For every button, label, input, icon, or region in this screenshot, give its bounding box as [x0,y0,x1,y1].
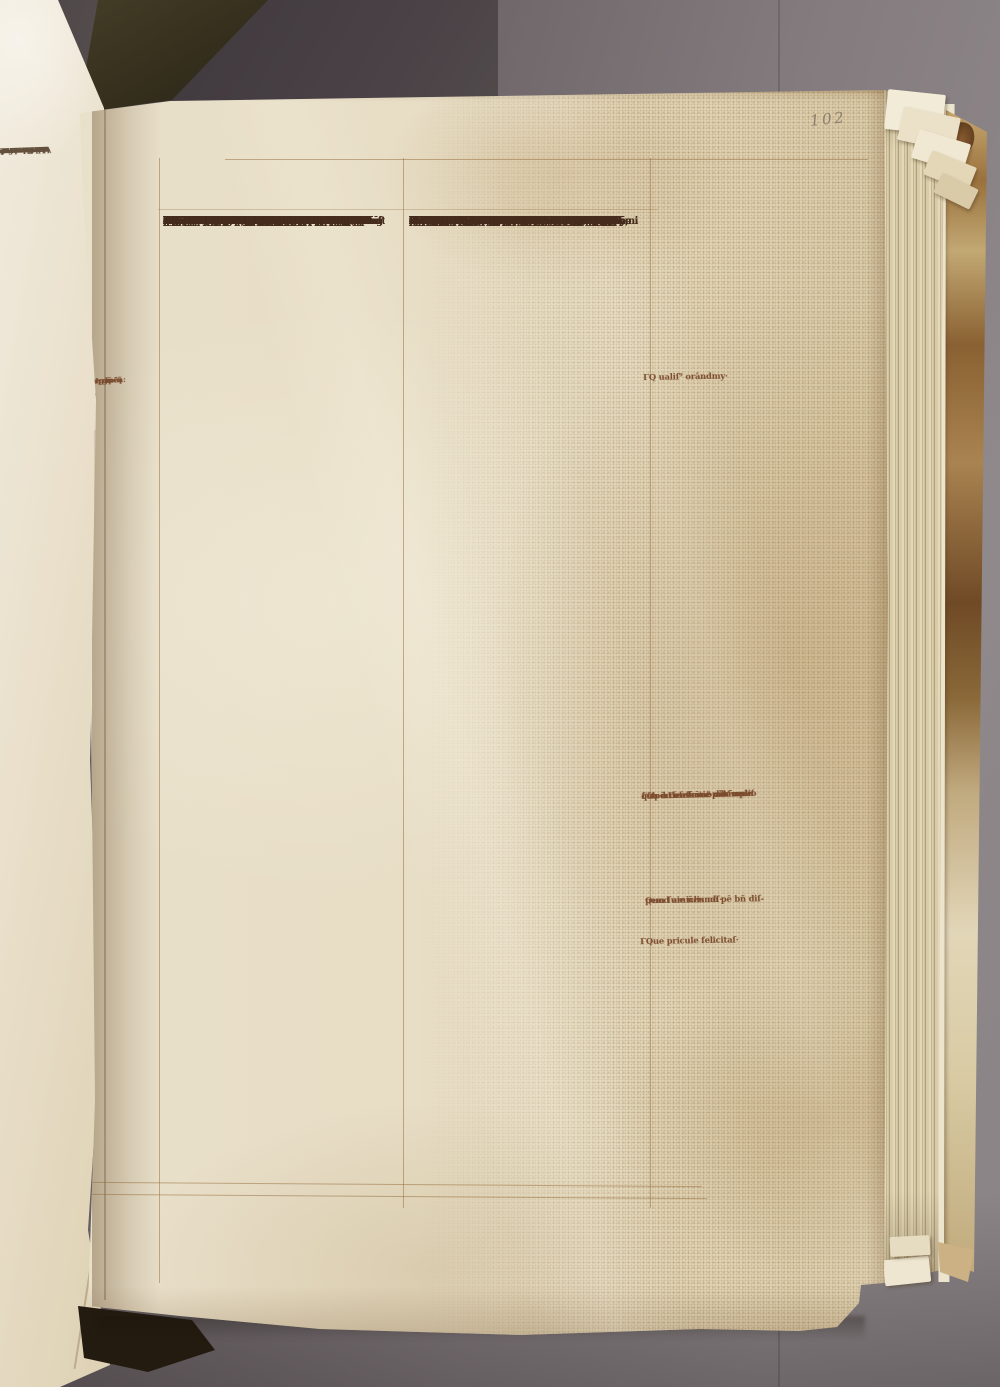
text-line: ſcōm uirtē bona felicī [0,146,53,157]
manuscript-page: nō eſt notū hic ait. qm̄ cā hui⁹: pmīcēſ… [0,0,1000,1387]
text-line: ΓQ ualiſ⁹ orāndmy· [643,370,728,383]
ruling-line [403,158,404,1208]
text-line: pem ſuie ñeundſ· [645,892,722,907]
page-corner [883,1256,931,1287]
ruling-line [159,158,160,1283]
text-line: us aūt 7 iniquis. ū bona. Sūt aūt ſimpli… [163,215,365,228]
page-corner [890,1235,931,1257]
folio-number: 102 [809,108,847,130]
text-line: ΓQue pricule felicitaſ· [640,933,739,947]
manuscript-photo: uriſ mōa dr̄ eq ſcm̄ bonatē aliq̄ nō iuſ… [0,0,1000,1387]
fore-edge-pages [884,90,944,1286]
ruling-line [158,209,658,210]
text-line: q̄ua ū de oſenie diuius· [641,783,744,806]
ruling-line [225,159,868,160]
ruling-line [650,158,651,1208]
text-line: ſtaui felicitatē politicā. qr nō qd' ex … [409,215,631,228]
